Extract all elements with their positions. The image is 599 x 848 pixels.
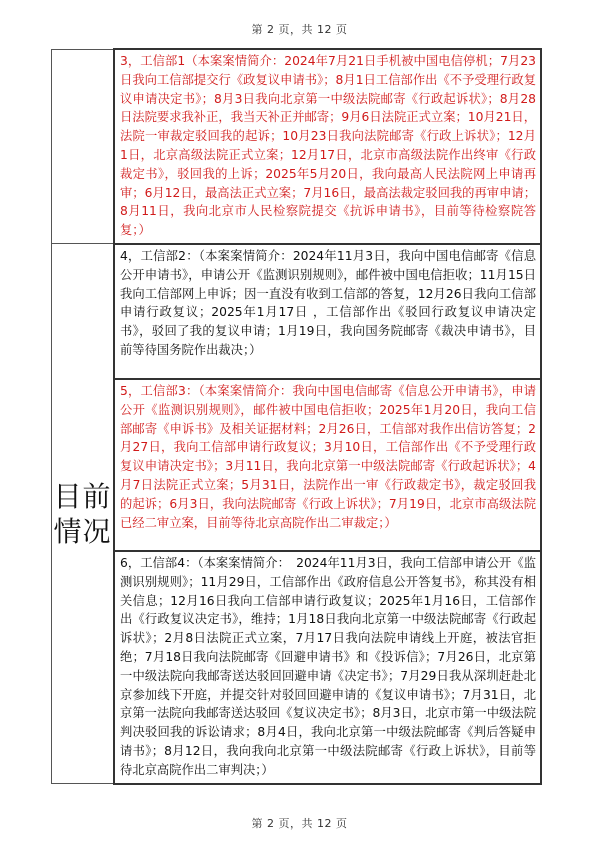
section-label: 目前情况 (54, 479, 112, 549)
case-cell-5: 5，工信部3：（本案案情简介：我向中国电信邮寄《信息公开申请书》，申请公开《监测… (114, 379, 541, 551)
case-cell-4: 4，工信部2：（本案案情简介：2024年11月3日，我向中国电信邮寄《信息公开申… (114, 244, 541, 379)
table-row: 6，工信部4：（本案案情简介： 2024年11月3日，我向工信部申请公开《监测识… (52, 551, 542, 784)
table-row: 5，工信部3：（本案案情简介：我向中国电信邮寄《信息公开申请书》，申请公开《监测… (52, 379, 542, 551)
page-header: 第 2 页，共 12 页 (0, 21, 599, 37)
case-text-6: 6，工信部4：（本案案情简介： 2024年11月3日，我向工信部申请公开《监测识… (115, 552, 540, 783)
page-footer: 第 2 页，共 12 页 (0, 815, 599, 831)
case-cell-3: 3，工信部1（本案案情简介：2024年7月21日手机被中国电信停机；7月23日我… (114, 49, 541, 244)
table-row: 3，工信部1（本案案情简介：2024年7月21日手机被中国电信停机；7月23日我… (52, 49, 542, 244)
case-text-4: 4，工信部2：（本案案情简介：2024年11月3日，我向中国电信邮寄《信息公开申… (115, 245, 540, 363)
table-row: 目前情况 4，工信部2：（本案案情简介：2024年11月3日，我向中国电信邮寄《… (52, 244, 542, 379)
empty-label-cell (52, 49, 115, 244)
section-label-cell: 目前情况 (52, 244, 115, 784)
case-cell-6: 6，工信部4：（本案案情简介： 2024年11月3日，我向工信部申请公开《监测识… (114, 551, 541, 784)
case-text-3: 3，工信部1（本案案情简介：2024年7月21日手机被中国电信停机；7月23日我… (115, 50, 540, 243)
case-status-table: 3，工信部1（本案案情简介：2024年7月21日手机被中国电信停机；7月23日我… (51, 48, 542, 785)
case-text-5: 5，工信部3：（本案案情简介：我向中国电信邮寄《信息公开申请书》，申请公开《监测… (115, 380, 540, 535)
